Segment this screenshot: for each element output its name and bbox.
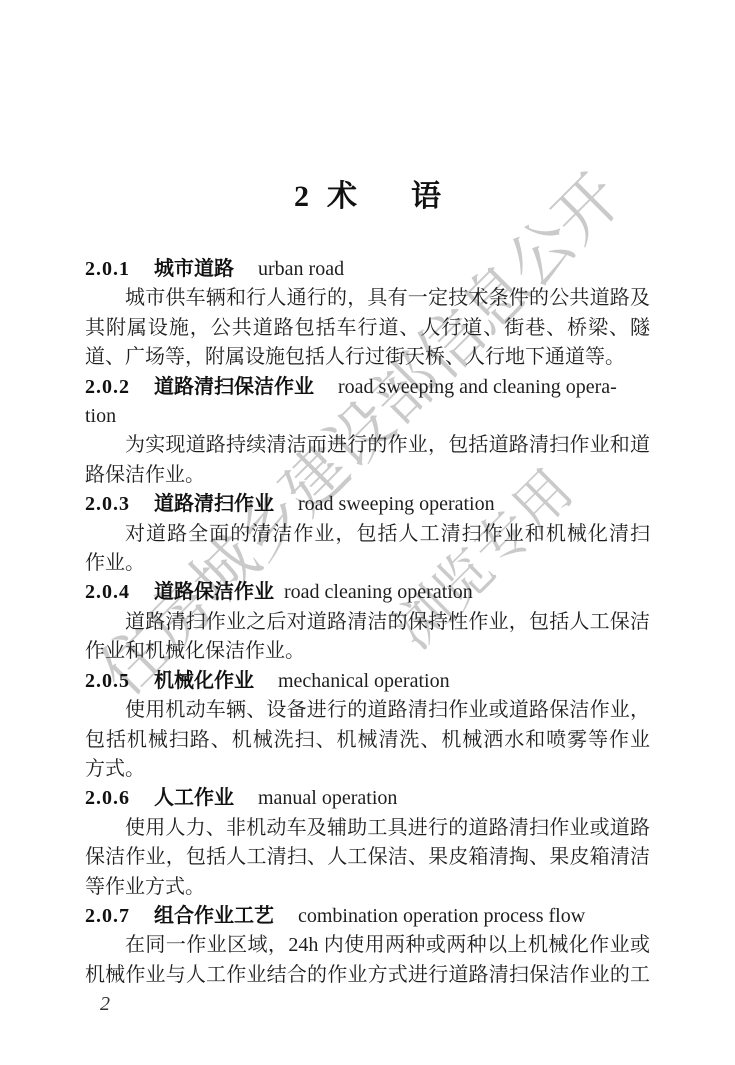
term-heading: 2.0.2道路清扫保洁作业road sweeping and cleaning … [85, 373, 650, 402]
definition-line: 道、广场等，附属设施包括人行过街天桥、人行地下通道等。 [85, 343, 650, 372]
section-number: 2.0.2 [85, 376, 130, 398]
term-chinese: 机械化作业 [154, 670, 254, 692]
definition-line: 作业和机械化保洁作业。 [85, 637, 650, 666]
term-heading: 2.0.1城市道路urban road [85, 255, 650, 284]
definition-line: 机械作业与人工作业结合的作业方式进行道路清扫保洁作业的工 [85, 961, 650, 990]
term-english-continuation: tion [85, 402, 650, 431]
definition-line: 道路清扫作业之后对道路清洁的保持性作业，包括人工保洁 [85, 608, 650, 637]
chapter-title-word-1: 术 [327, 180, 357, 213]
term-heading: 2.0.5机械化作业mechanical operation [85, 667, 650, 696]
section-number: 2.0.4 [85, 581, 130, 603]
term-chinese: 道路清扫保洁作业 [154, 376, 314, 398]
term-chinese: 道路清扫作业 [154, 493, 274, 515]
term-section-2-0-5: 2.0.5机械化作业mechanical operation 使用机动车辆、设备… [85, 667, 650, 785]
page-content: 2术语 2.0.1城市道路urban road 城市供车辆和行人通行的，具有一定… [85, 0, 650, 990]
term-heading: 2.0.6人工作业manual operation [85, 784, 650, 813]
definition-line: 城市供车辆和行人通行的，具有一定技术条件的公共道路及 [85, 284, 650, 313]
term-section-2-0-6: 2.0.6人工作业manual operation 使用人力、非机动车及辅助工具… [85, 784, 650, 902]
term-chinese: 组合作业工艺 [154, 905, 274, 927]
definition-line: 路保洁作业。 [85, 461, 650, 490]
definition-line: 其附属设施，公共道路包括车行道、人行道、街巷、桥梁、隧 [85, 314, 650, 343]
definition-line: 保洁作业，包括人工清扫、人工保洁、果皮箱清掏、果皮箱清洁 [85, 843, 650, 872]
definition-line: 使用机动车辆、设备进行的道路清扫作业或道路保洁作业， [85, 696, 650, 725]
section-number: 2.0.5 [85, 670, 130, 692]
page-number: 2 [100, 993, 110, 1016]
term-english: mechanical operation [278, 670, 450, 692]
definition-line: 包括机械扫路、机械洗扫、机械清洗、机械洒水和喷雾等作业 [85, 726, 650, 755]
term-section-2-0-1: 2.0.1城市道路urban road 城市供车辆和行人通行的，具有一定技术条件… [85, 255, 650, 373]
term-english: road sweeping operation [298, 493, 495, 515]
term-chinese: 城市道路 [154, 258, 234, 280]
terms-list: 2.0.1城市道路urban road 城市供车辆和行人通行的，具有一定技术条件… [85, 255, 650, 990]
term-english: urban road [258, 258, 344, 280]
term-section-2-0-7: 2.0.7组合作业工艺combination operation process… [85, 902, 650, 990]
section-number: 2.0.3 [85, 493, 130, 515]
term-heading: 2.0.4道路保洁作业road cleaning operation [85, 578, 650, 607]
definition-line: 使用人力、非机动车及辅助工具进行的道路清扫作业或道路 [85, 814, 650, 843]
section-number: 2.0.1 [85, 258, 130, 280]
term-english: manual operation [258, 787, 397, 809]
term-section-2-0-3: 2.0.3道路清扫作业road sweeping operation 对道路全面… [85, 490, 650, 578]
term-chinese: 人工作业 [154, 787, 234, 809]
term-chinese: 道路保洁作业 [154, 581, 274, 603]
chapter-title: 2术语 [85, 182, 650, 212]
term-heading: 2.0.7组合作业工艺combination operation process… [85, 902, 650, 931]
term-english: road cleaning operation [284, 581, 473, 603]
term-section-2-0-2: 2.0.2道路清扫保洁作业road sweeping and cleaning … [85, 373, 650, 491]
term-heading: 2.0.3道路清扫作业road sweeping operation [85, 490, 650, 519]
definition-line: 在同一作业区域，24h 内使用两种或两种以上机械化作业或 [85, 931, 650, 960]
term-english: road sweeping and cleaning opera- [338, 376, 617, 398]
section-number: 2.0.7 [85, 905, 130, 927]
chapter-number: 2 [294, 180, 309, 213]
section-number: 2.0.6 [85, 787, 130, 809]
definition-line: 方式。 [85, 755, 650, 784]
definition-line: 为实现道路持续清洁而进行的作业，包括道路清扫作业和道 [85, 431, 650, 460]
definition-line: 作业。 [85, 549, 650, 578]
chapter-title-word-2: 语 [411, 180, 441, 213]
definition-line: 对道路全面的清洁作业，包括人工清扫作业和机械化清扫 [85, 520, 650, 549]
definition-line: 等作业方式。 [85, 873, 650, 902]
document-page: 住房城乡建设部信息公开 浏览专用 2术语 2.0.1城市道路urban road… [0, 0, 735, 1065]
term-section-2-0-4: 2.0.4道路保洁作业road cleaning operation 道路清扫作… [85, 578, 650, 666]
term-english: combination operation process flow [298, 905, 585, 927]
